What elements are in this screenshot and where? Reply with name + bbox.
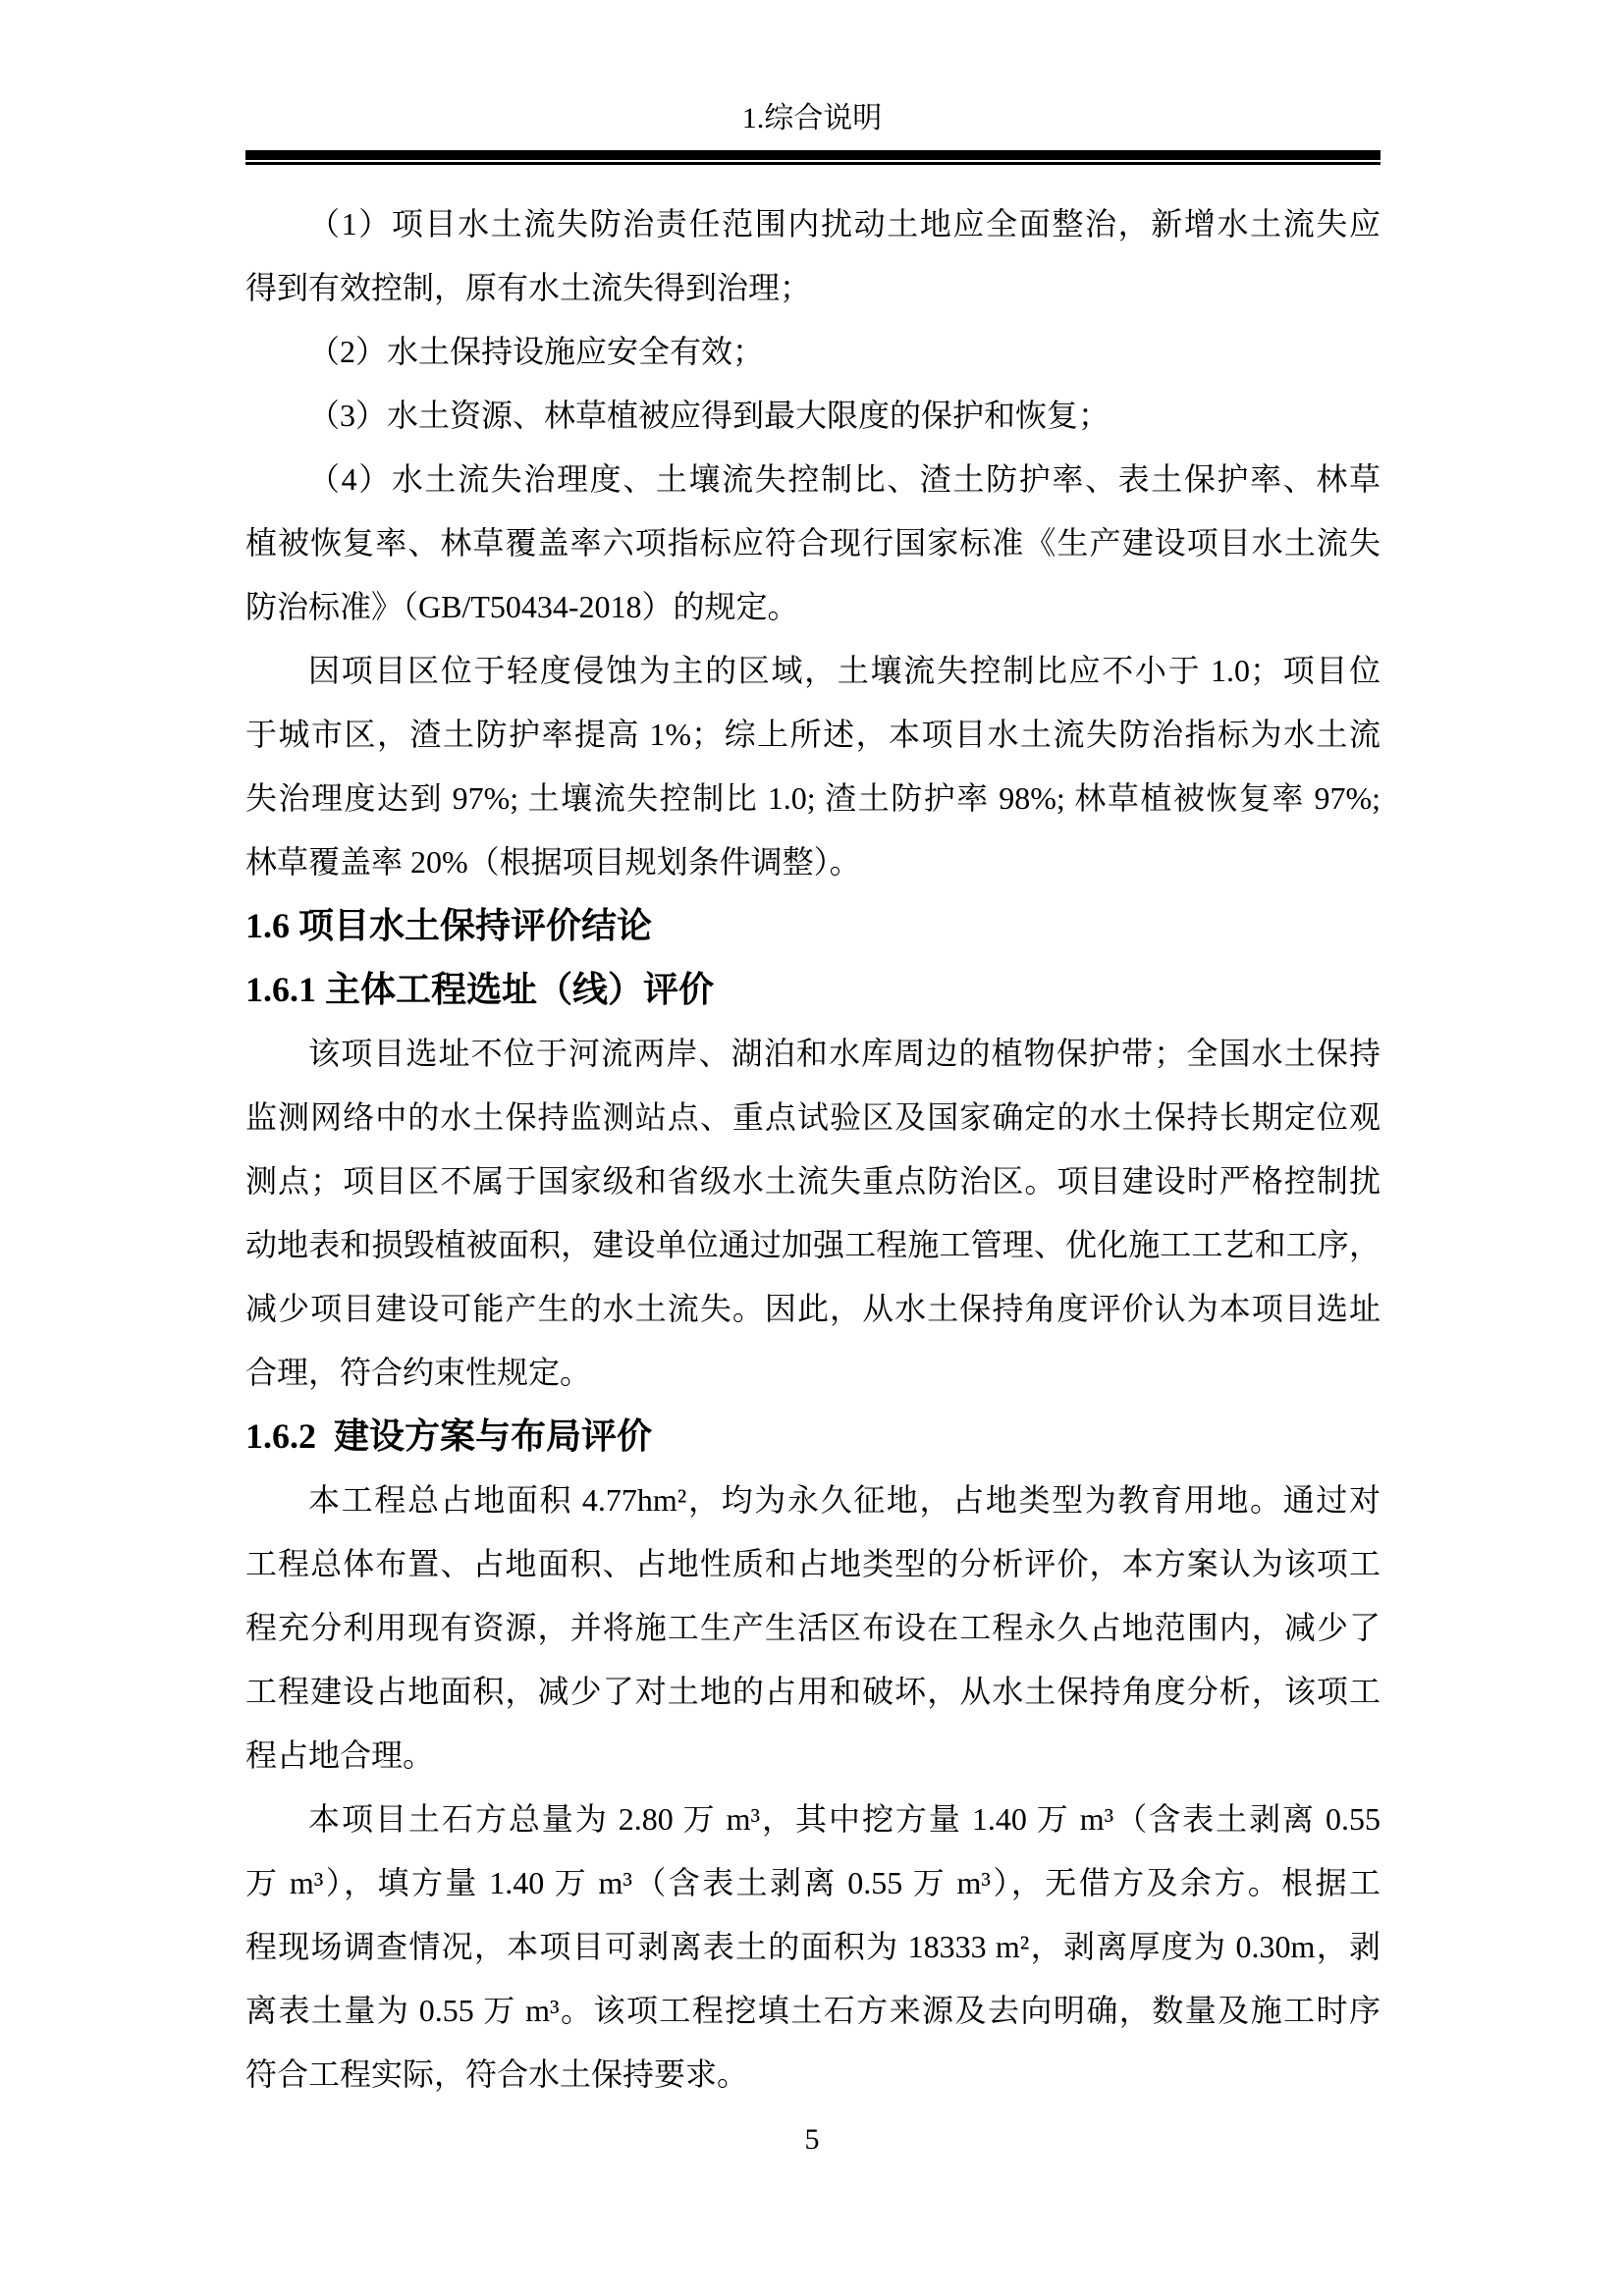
paragraph-line: 失治理度达到 97%; 土壤流失控制比 1.0; 渣土防护率 98%; 林草植被… [245,767,1380,830]
paragraph-line: 减少项目建设可能产生的水土流失。因此，从水土保持角度评价认为本项目选址 [245,1277,1380,1341]
paragraph-line: 工程建设占地面积，减少了对土地的占用和破坏，从水土保持角度分析，该项工 [245,1660,1380,1724]
paragraph-line: 林草覆盖率 20%（根据项目规划条件调整）。 [245,830,1380,894]
paragraph-line: 测点；项目区不属于国家级和省级水土流失重点防治区。项目建设时严格控制扰 [245,1149,1380,1213]
header-rule-thick-line [245,150,1380,160]
section-heading: 1.6 项目水土保持评价结论 [245,894,1380,958]
paragraph-line: 监测网络中的水土保持监测站点、重点试验区及国家确定的水土保持长期定位观 [245,1086,1380,1149]
paragraph-line: 植被恢复率、林草覆盖率六项指标应符合现行国家标准《生产建设项目水土流失 [245,511,1380,575]
paragraph-line: 本项目土石方总量为 2.80 万 m³，其中挖方量 1.40 万 m³（含表土剥… [245,1788,1380,1851]
paragraph-line: （4）水土流失治理度、土壤流失控制比、渣土防护率、表土保护率、林草 [245,448,1380,511]
paragraph-line: 工程总体布置、占地面积、占地性质和占地类型的分析评价，本方案认为该项工 [245,1532,1380,1596]
paragraph-line: 得到有效控制，原有水土流失得到治理； [245,256,1380,320]
header-rule [245,150,1380,165]
paragraph-line: 该项目选址不位于河流两岸、湖泊和水库周边的植物保护带；全国水土保持 [245,1022,1380,1086]
paragraph-line: 程现场调查情况，本项目可剥离表土的面积为 18333 m²，剥离厚度为 0.30… [245,1915,1380,1979]
paragraph-line: 万 m³），填方量 1.40 万 m³（含表土剥离 0.55 万 m³），无借方… [245,1851,1380,1915]
paragraph-line: 离表土量为 0.55 万 m³。该项工程挖填土石方来源及去向明确，数量及施工时序 [245,1979,1380,2043]
document-page: 1.综合说明 （1）项目水土流失防治责任范围内扰动土地应全面整治，新增水土流失应… [0,0,1624,2296]
page-header-title: 1.综合说明 [0,98,1624,139]
paragraph-line: （1）项目水土流失防治责任范围内扰动土地应全面整治，新增水土流失应 [245,192,1380,256]
paragraph-line: 程充分利用现有资源，并将施工生产生活区布设在工程永久占地范围内，减少了 [245,1596,1380,1660]
paragraph-line: （3）水土资源、林草植被应得到最大限度的保护和恢复； [245,384,1380,448]
subsection-heading: 1.6.2 建设方案与布局评价 [245,1405,1380,1468]
paragraph-line: 防治标准》（GB/T50434-2018）的规定。 [245,575,1380,639]
paragraph-line: 程占地合理。 [245,1724,1380,1788]
paragraph-line: 因项目区位于轻度侵蚀为主的区域，土壤流失控制比应不小于 1.0；项目位 [245,639,1380,703]
page-number: 5 [0,2120,1624,2160]
header-rule-thin-line [245,162,1380,165]
paragraph-line: 于城市区，渣土防护率提高 1%；综上所述，本项目水土流失防治指标为水土流 [245,703,1380,767]
paragraph-line: 本工程总占地面积 4.77hm²，均为永久征地，占地类型为教育用地。通过对 [245,1468,1380,1532]
subsection-heading: 1.6.1 主体工程选址（线）评价 [245,958,1380,1022]
paragraph-line: 合理，符合约束性规定。 [245,1341,1380,1405]
paragraph-line: 动地表和损毁植被面积，建设单位通过加强工程施工管理、优化施工工艺和工序， [245,1213,1380,1277]
paragraph-line: 符合工程实际，符合水土保持要求。 [245,2043,1380,2107]
paragraph-line: （2）水土保持设施应安全有效； [245,320,1380,384]
document-body: （1）项目水土流失防治责任范围内扰动土地应全面整治，新增水土流失应得到有效控制，… [245,192,1380,2107]
